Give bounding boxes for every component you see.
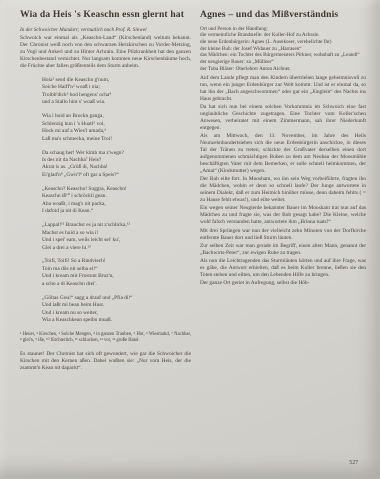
story-paragraph-8: Als nun die Leichtragenden das Sturmläut… [200, 258, 366, 279]
text-line: Keaschn iß¹⁰ i schröckli gean. [42, 193, 191, 200]
text-line: Toin ma dös nit selba ei!“ [42, 266, 191, 273]
text-line: Und i spei' eam, weils leicht sei' ku', [42, 237, 191, 244]
page-number: 527 [349, 460, 358, 466]
text-line: Und i kream mit Frostunt Bruz'n, [42, 273, 191, 280]
text-line: Machst es huid a so wia i! [42, 230, 191, 237]
footnotes: ¹ Heuer, ² Kirschen, ³ Solche Mengen, ⁴ … [20, 332, 191, 345]
text-line: Wia i hoid an Brockn ganga, [42, 113, 191, 120]
verse-stanza-1: Hoia¹ send die Keaschn g'num,Soiche Haif… [42, 77, 191, 107]
text-line: Laß ma's schmecka, meine Troi! [42, 136, 191, 143]
story-paragraph-2: Da hat sich nun bei einem solchen Vorkom… [200, 104, 366, 132]
verse-stanza-7: „Göltas Gou!“ sagg a drauf und „Pfia di!… [42, 295, 191, 325]
story-paragraph-5: Ein wegen seiner Neugierde bekannter Bau… [200, 205, 366, 226]
story-paragraph-4: Der Bub eilte fort. In Moosham, wo ihn s… [200, 176, 366, 204]
story-paragraph-6: Mit drei Sprüngen war nun der vielleicht… [200, 228, 366, 242]
text-line: Ei'glad'n⁸ „Gwir'l⁹ oft gar a Speis?“ [42, 172, 191, 179]
two-column-layout: Wia da Heis 's Keaschn essn glernt hat I… [20, 9, 366, 373]
scanned-book-page: Wia da Heis 's Keaschn essn glernt hat I… [0, 0, 380, 479]
article-byline: In der Schwoicher Mundart; vermutlich na… [20, 27, 191, 34]
story-paragraph-3: Als am Mittwoch, den 13. November, im Ja… [200, 133, 366, 175]
text-line: Akrat is as. „Grüß di, Nachba! [42, 164, 191, 171]
story-paragraph-9: Der ganze Ort geriet in Aufregung, selbs… [200, 280, 366, 287]
story-paragraph-7: Zur selben Zeit war man gerade im Begrif… [200, 243, 366, 257]
text-line: „Lappal!¹¹ Brauchst es ja nit z'schlicka… [42, 222, 191, 229]
closing-paragraph: Es staunet! Der Chronist hat sich oft ge… [20, 351, 191, 372]
verse-stanza-3: Da schaug her! Wer kimb ma z'wegn?Is des… [42, 150, 191, 180]
article-title-right: Agnes – und das Mißverständnis [200, 9, 366, 21]
text-line: a scho a di Keaschn drei'. [42, 281, 191, 288]
text-line: die vermeintliche Brandstelle: der Kolle… [200, 32, 366, 39]
article-title-left: Wia da Heis 's Keaschn essn glernt hat [20, 9, 191, 21]
verse-stanza-5: „Lappal!¹¹ Brauchst es ja nit z'schlicka… [42, 222, 191, 252]
verse-stanza-2: Wia i hoid an Brockn ganga,Schlenzig hun… [42, 113, 191, 143]
cast-list: die vermeintliche Brandstelle: der Kolle… [200, 32, 366, 72]
text-line: die neue Erdenbürgerin: Agnes (L. Auseko… [200, 39, 366, 46]
text-line: Hock mi auf a Wies'l umada,⁶ [42, 128, 191, 135]
intro-paragraph: Schwoich war einmal als „Keaschn-Land“ (… [20, 35, 191, 70]
text-line: und a Stallo hint s' woaß wia. [42, 99, 191, 106]
verse-stanza-4: „Keaschn? Keaschn! Suggra, Keaschn!Keasc… [42, 186, 191, 216]
verse-stanza-6: „Toifi, Toifi! So a Rindviech!Toin ma dö… [42, 258, 191, 288]
text-line: I dafoid ja nit di Kean.“ [42, 208, 191, 215]
text-line: Glei a drei a viere hi.¹³ [42, 245, 191, 252]
right-column: Agnes – und das Mißverständnis Ort und P… [200, 9, 366, 373]
text-line: der neugierige Bauer: zu „Müllner“ [200, 59, 366, 66]
text-line: „Toifi, Toifi! So a Rindviech! [42, 258, 191, 265]
left-column: Wia da Heis 's Keaschn essn glernt hat I… [20, 9, 191, 373]
text-line: Und laßt mi bean beim Hust. [42, 302, 191, 309]
text-line: Soiche Haiff'n² woaß i nia; [42, 84, 191, 91]
text-line: Wia a Keaschkean speibn muaß. [42, 317, 191, 324]
story-paragraph-1: Auf dem Lande pflegt man den Kindern übe… [200, 75, 366, 103]
text-line: der Tuba Bläser: Oberlehrer Anton Aichne… [200, 66, 366, 73]
text-line: Da schaug her! Wer kimb ma z'wegn? [42, 150, 191, 157]
